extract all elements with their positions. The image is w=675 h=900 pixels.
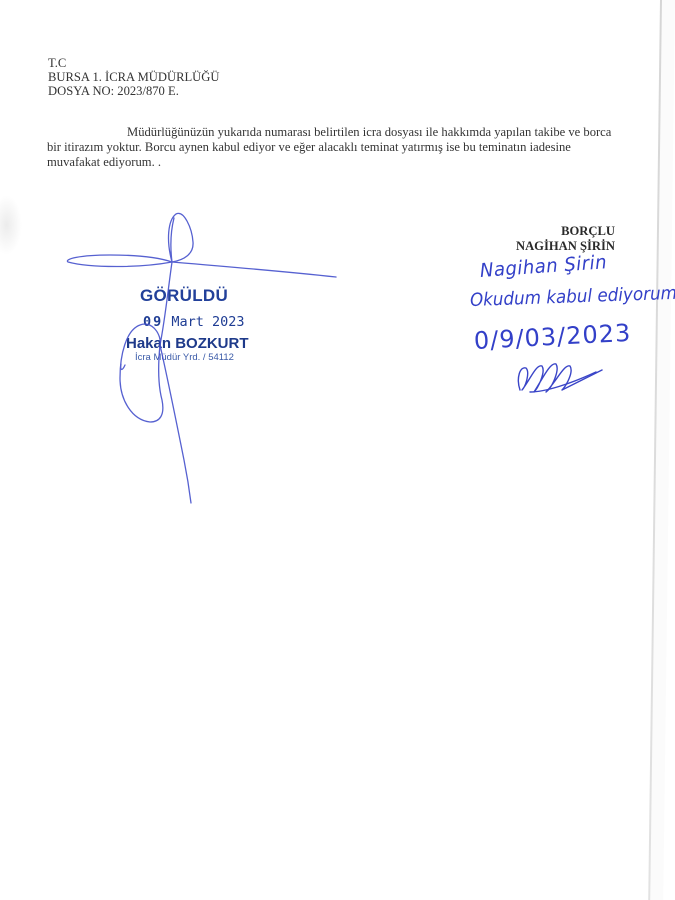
handwritten-statement: Okudum kabul ediyorum bbox=[470, 283, 675, 311]
document-header: T.C BURSA 1. İCRA MÜDÜRLÜĞÜ DOSYA NO: 20… bbox=[48, 56, 219, 98]
debtor-role: BORÇLU bbox=[516, 224, 615, 239]
stamp-day: 09 bbox=[143, 314, 163, 330]
header-office: BURSA 1. İCRA MÜDÜRLÜĞÜ bbox=[48, 70, 219, 84]
handwritten-date: 0/9/03/2023 bbox=[473, 319, 632, 355]
stamp-officer-role: İcra Müdür Yrd. / 54112 bbox=[135, 352, 234, 363]
handwritten-name: Nagihan Şirin bbox=[479, 251, 607, 282]
body-paragraph: Müdürlüğünüzün yukarıda numarası belirti… bbox=[47, 125, 622, 170]
debtor-block: BORÇLU NAGİHAN ŞİRİN bbox=[516, 224, 615, 254]
scan-smudge bbox=[0, 195, 22, 255]
document-body: Müdürlüğünüzün yukarıda numarası belirti… bbox=[47, 125, 622, 170]
header-tc: T.C bbox=[48, 56, 219, 70]
stamp-title: GÖRÜLDÜ bbox=[140, 286, 228, 306]
header-file-number: DOSYA NO: 2023/870 E. bbox=[48, 84, 219, 98]
stamp-officer-name: Hakan BOZKURT bbox=[126, 335, 249, 352]
stamp-date: 09 Mart 2023 bbox=[143, 314, 245, 330]
stamp-month-year: Mart 2023 bbox=[171, 314, 244, 330]
